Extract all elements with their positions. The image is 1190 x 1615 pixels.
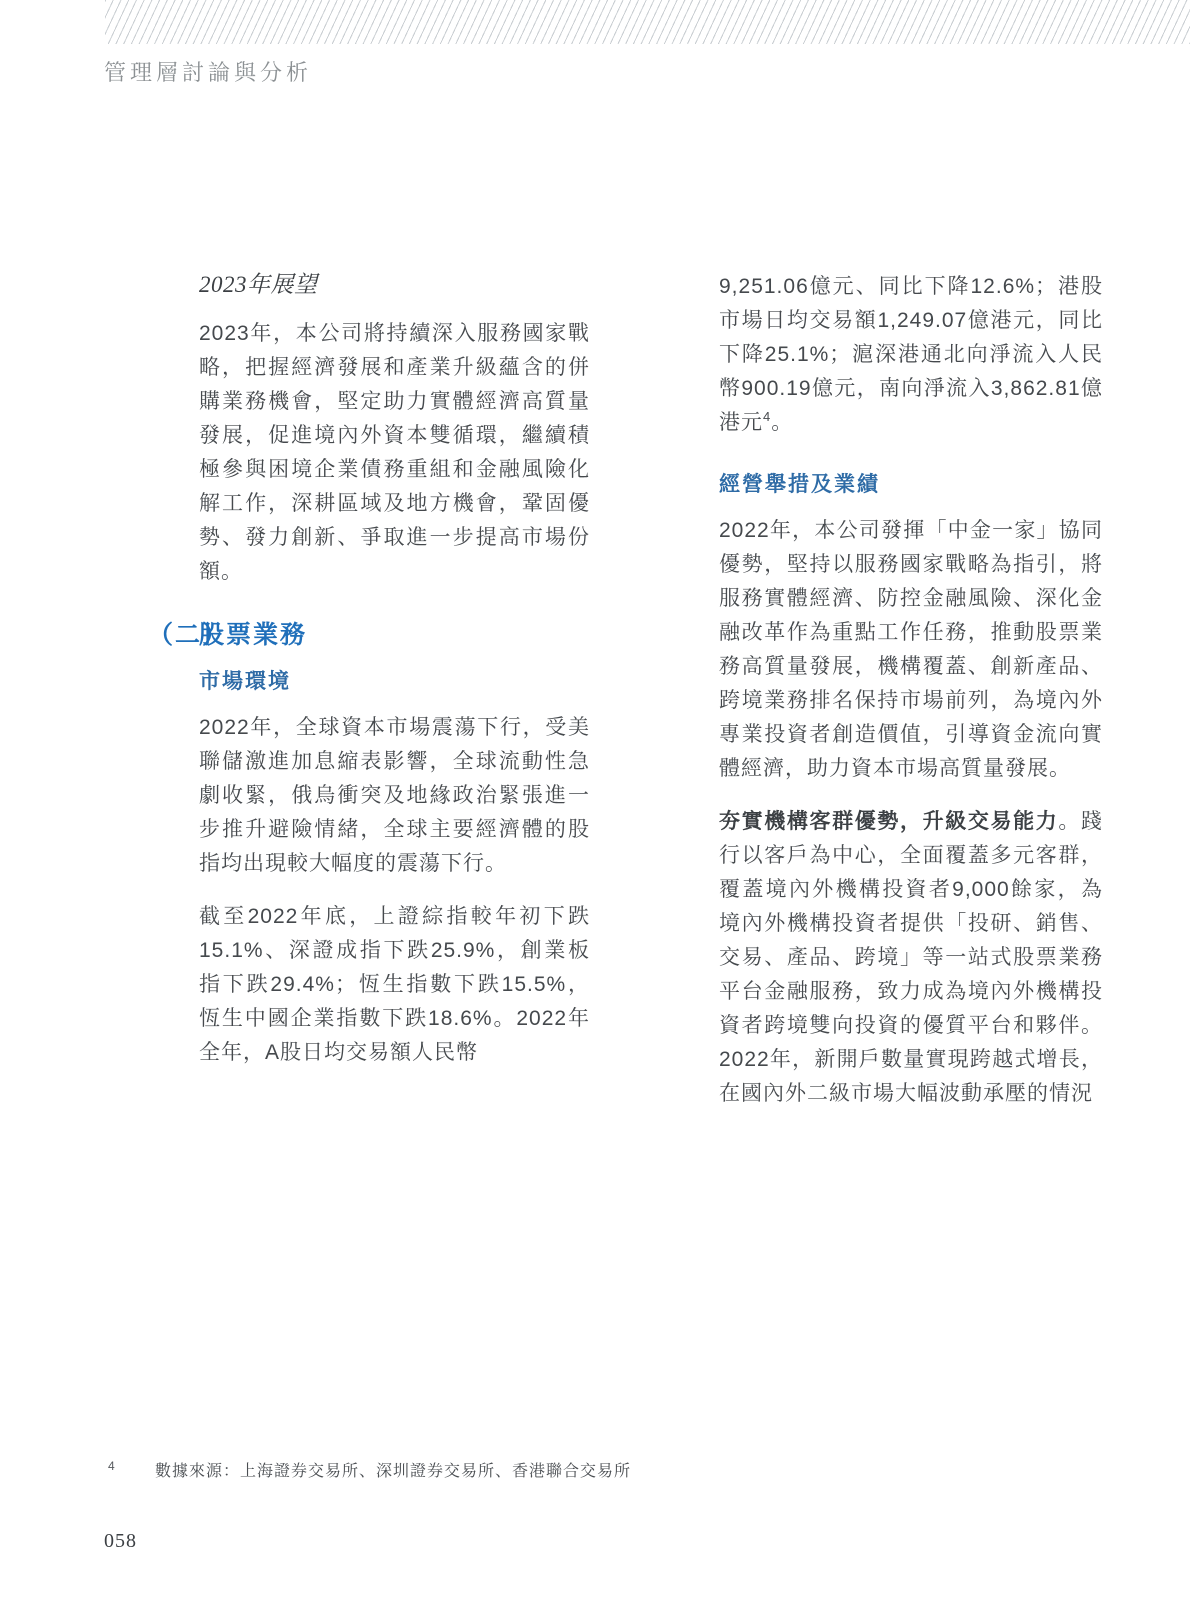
market-environment-continuation-paragraph: 9,251.06億元、同比下降12.6%；港股市場日均交易額1,249.07億港… xyxy=(719,270,1103,440)
market-environment-paragraph-2: 截至2022年底，上證綜指較年初下跌15.1%、深證成指下跌25.9%，創業板指… xyxy=(199,900,590,1070)
institutional-strength-text: 。踐行以客戶為中心，全面覆蓋多元客群，覆蓋境內外機構投資者9,000餘家，為境內… xyxy=(719,810,1103,1105)
institutional-strength-bold-lead: 夯實機構客群優勢，升級交易能力 xyxy=(719,810,1058,833)
footnote-marker: 4 xyxy=(108,1459,115,1473)
outlook-paragraph: 2023年，本公司將持續深入服務國家戰略，把握經濟發展和產業升級蘊含的併購業務機… xyxy=(199,317,590,589)
continuation-text-end: 。 xyxy=(771,411,793,434)
section-heading-equity-business: （二） 股票業務 xyxy=(199,619,590,652)
subsection-heading-market-environment: 市場環境 xyxy=(199,667,590,697)
subsection-heading-operations-results: 經營舉措及業績 xyxy=(719,470,1103,500)
footnote-reference-4: 4 xyxy=(763,409,771,424)
left-text-column: 2023年展望 2023年，本公司將持續深入服務國家戰略，把握經濟發展和產業升級… xyxy=(199,270,590,1070)
running-head-title: 管理層討論與分析 xyxy=(104,56,312,87)
institutional-strength-paragraph: 夯實機構客群優勢，升級交易能力。踐行以客戶為中心，全面覆蓋多元客群，覆蓋境內外機… xyxy=(719,805,1103,1111)
section-number-marker: （二） xyxy=(148,619,229,652)
market-environment-paragraph-1: 2022年，全球資本市場震蕩下行，受美聯儲激進加息縮表影響，全球流動性急劇收緊，… xyxy=(199,711,590,881)
page-number: 058 xyxy=(104,1530,137,1553)
footnote-source-text: 數據來源：上海證券交易所、深圳證券交易所、香港聯合交易所 xyxy=(155,1458,631,1481)
operations-paragraph: 2022年，本公司發揮「中金一家」協同優勢，堅持以服務國家戰略為指引，將服務實體… xyxy=(719,514,1103,786)
outlook-2023-heading: 2023年展望 xyxy=(199,270,590,300)
hatch-pattern-banner xyxy=(105,0,1190,44)
right-text-column: 9,251.06億元、同比下降12.6%；港股市場日均交易額1,249.07億港… xyxy=(719,270,1103,1111)
